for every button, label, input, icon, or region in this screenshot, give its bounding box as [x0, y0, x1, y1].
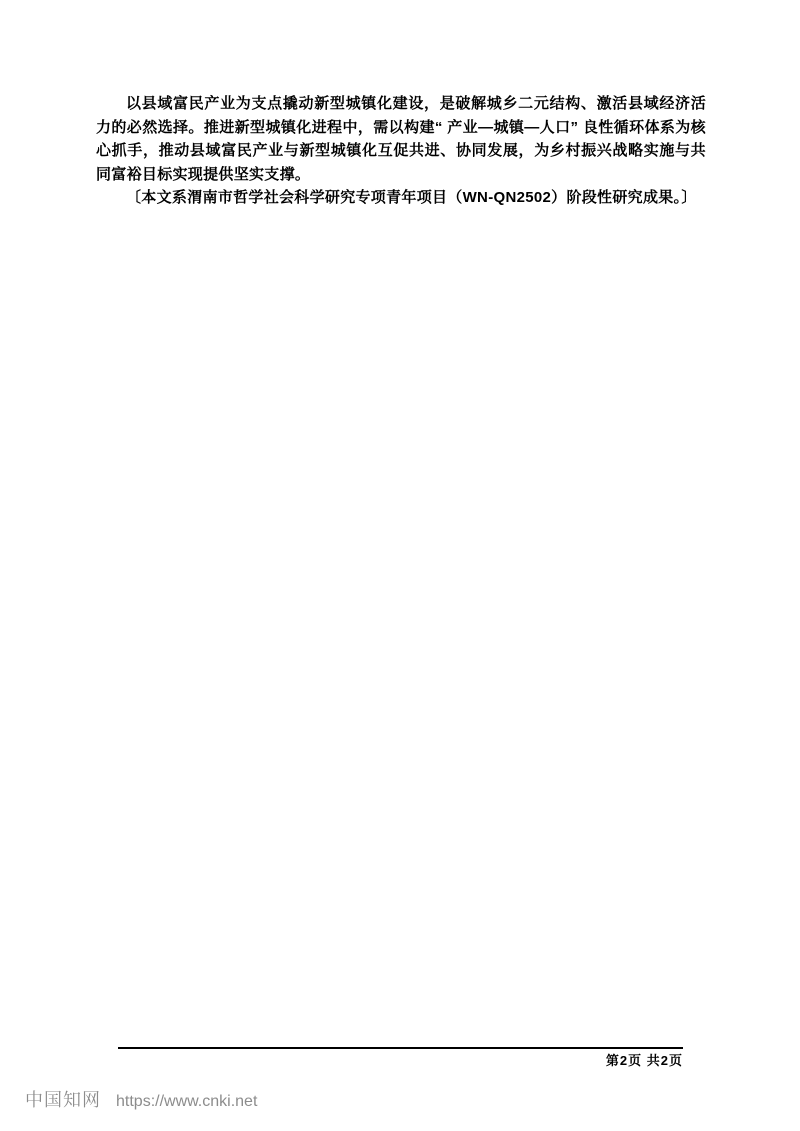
page-number-indicator: 第2页 共2页 — [118, 1050, 683, 1069]
footer-divider — [118, 1047, 683, 1049]
cnki-brand-label: 中国知网 — [25, 1086, 101, 1112]
document-body: 以县域富民产业为支点撬动新型城镇化建设，是破解城乡二元结构、激活县域经济活力的必… — [96, 92, 706, 210]
document-page: 以县域富民产业为支点撬动新型城镇化建设，是破解城乡二元结构、激活县域经济活力的必… — [0, 0, 800, 1131]
cnki-watermark: 中国知网 https://www.cnki.net — [25, 1086, 257, 1112]
cnki-url-text: https://www.cnki.net — [116, 1093, 257, 1111]
funding-note-paragraph: 〔本文系渭南市哲学社会科学研究专项青年项目（WN-QN2502）阶段性研究成果。… — [96, 186, 706, 210]
body-paragraph: 以县域富民产业为支点撬动新型城镇化建设，是破解城乡二元结构、激活县域经济活力的必… — [96, 92, 706, 186]
